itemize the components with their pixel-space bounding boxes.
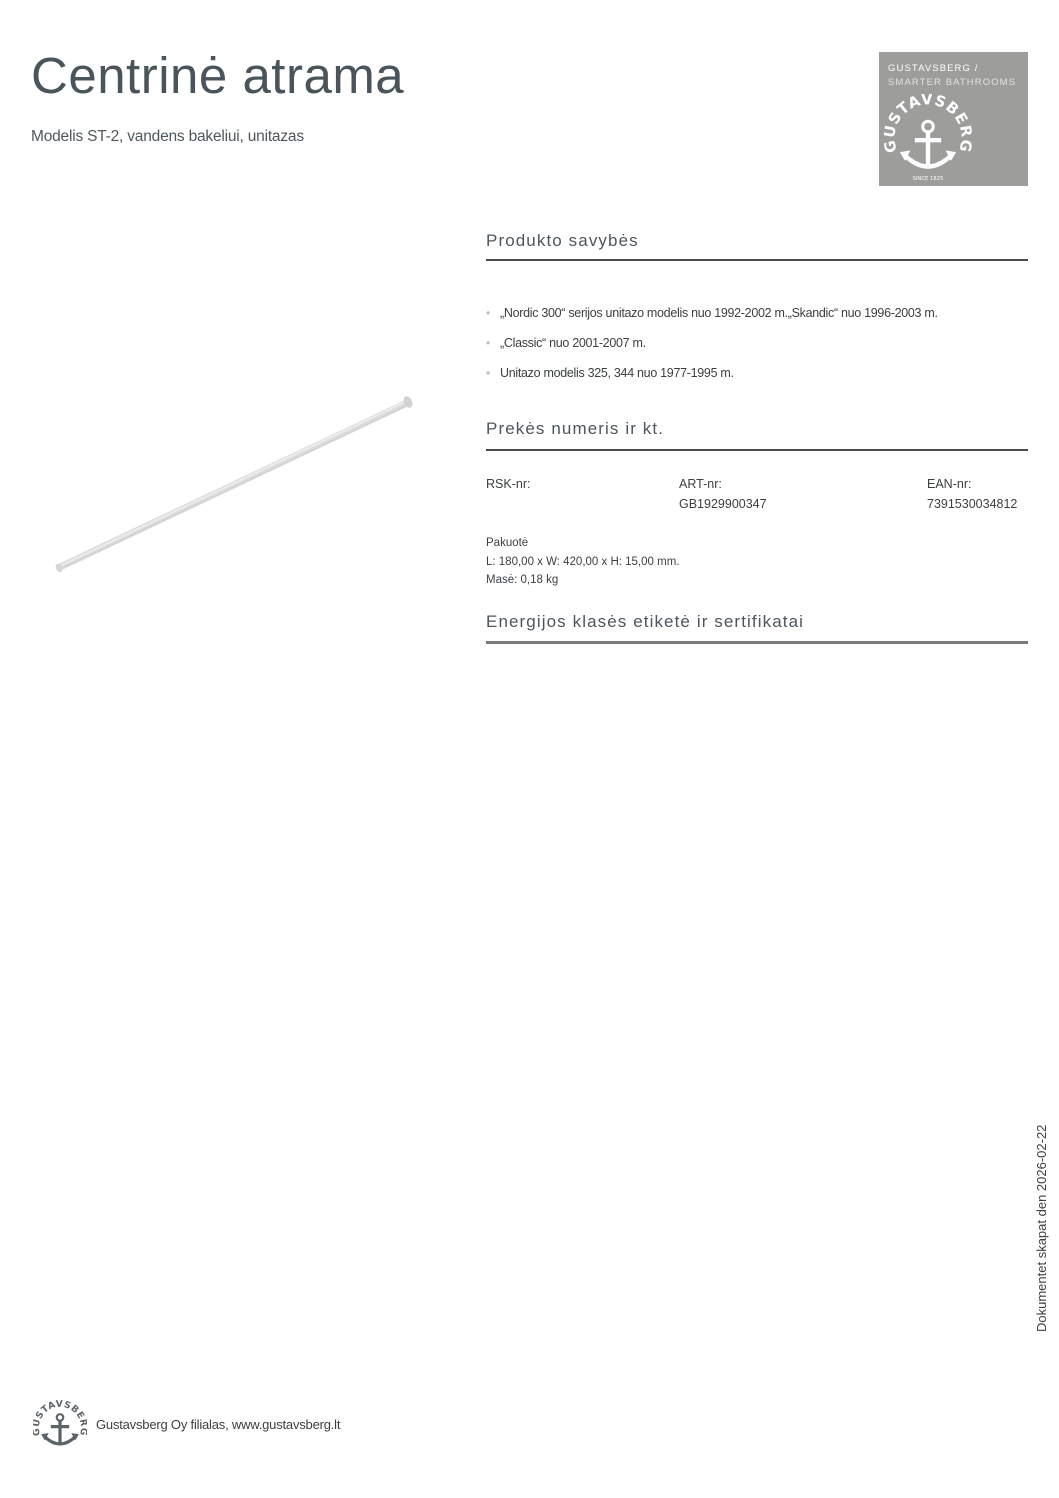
list-item: •„Nordic 300“ serijos unitazo modelis nu…: [486, 303, 938, 333]
section-divider: [486, 449, 1028, 451]
support-rod-image: [40, 380, 430, 590]
section-heading-numbers: Prekės numeris ir kt.: [486, 419, 1028, 439]
package-mass: Masė: 0,18 kg: [486, 571, 679, 590]
package-label: Pakuotė: [486, 534, 679, 553]
art-number: ART-nr: GB1929900347: [679, 474, 767, 514]
anchor-icon: GUSTAVSBERG SINCE 1825: [884, 94, 972, 182]
brand-name: GUSTAVSBERG /: [888, 63, 979, 74]
page-title: Centrinė atrama: [31, 50, 404, 101]
bullet-icon: •: [486, 303, 490, 323]
features-list: •„Nordic 300“ serijos unitazo modelis nu…: [486, 303, 938, 393]
footer-company-link[interactable]: Gustavsberg Oy filialas, www.gustavsberg…: [96, 1417, 340, 1432]
section-divider: [486, 259, 1028, 261]
anchor-icon: GUSTAVSBERG: [33, 1398, 87, 1452]
page-subtitle: Modelis ST-2, vandens bakeliui, unitazas: [31, 128, 304, 146]
section-heading-features: Produkto savybės: [486, 231, 1028, 251]
rsk-label: RSK-nr:: [486, 474, 530, 494]
ean-value: 7391530034812: [927, 494, 1017, 514]
brand-logo-box: GUSTAVSBERG / SMARTER BATHROOMS GUSTAVSB…: [879, 52, 1028, 186]
svg-text:SINCE 1825: SINCE 1825: [913, 176, 944, 182]
document-created-note: Dokumentet skapat den 2026-02-22: [1034, 1102, 1049, 1332]
ean-number: EAN-nr: 7391530034812: [927, 474, 1017, 514]
brand-tagline: SMARTER BATHROOMS: [888, 77, 1016, 88]
section-heading-energy: Energijos klasės etiketė ir sertifikatai: [486, 612, 1028, 632]
section-divider: [486, 641, 1028, 644]
art-label: ART-nr:: [679, 474, 767, 494]
art-value: GB1929900347: [679, 494, 767, 514]
package-info: Pakuotė L: 180,00 x W: 420,00 x H: 15,00…: [486, 534, 679, 590]
ean-label: EAN-nr:: [927, 474, 1017, 494]
rsk-number: RSK-nr:: [486, 474, 530, 494]
list-item: •Unitazo modelis 325, 344 nuo 1977-1995 …: [486, 363, 938, 393]
package-dimensions: L: 180,00 x W: 420,00 x H: 15,00 mm.: [486, 553, 679, 572]
list-item: •„Classic“ nuo 2001-2007 m.: [486, 333, 938, 363]
bullet-icon: •: [486, 363, 490, 383]
bullet-icon: •: [486, 333, 490, 353]
